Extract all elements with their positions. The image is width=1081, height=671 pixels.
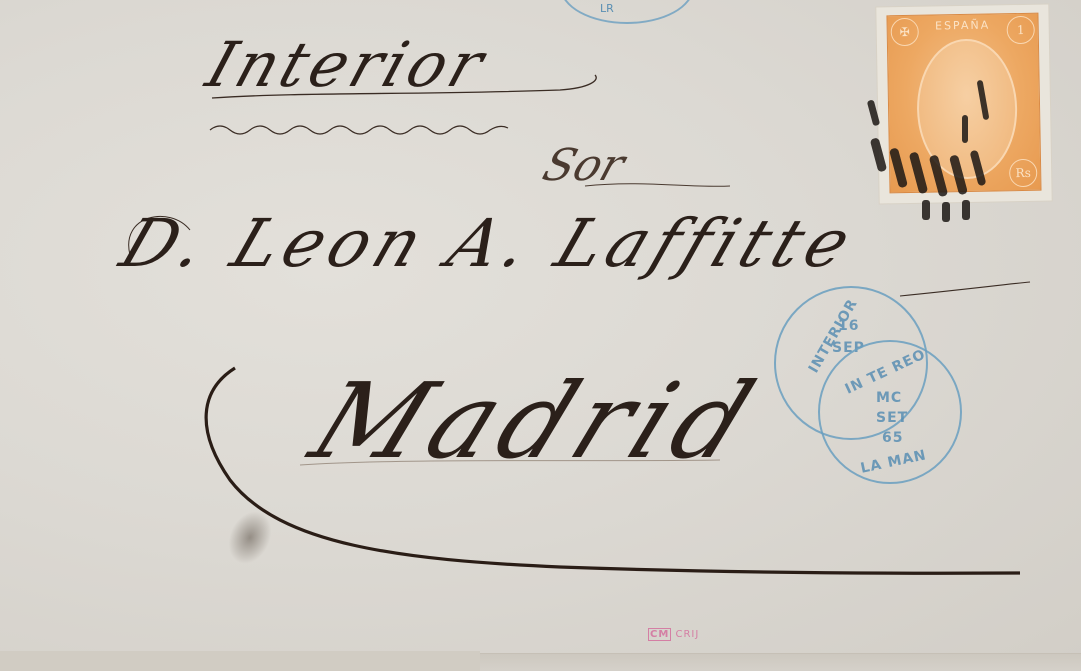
postmark-day: 16	[838, 318, 859, 334]
postmark-year: 65	[882, 430, 903, 446]
stamp-corner-emblem: ✠	[890, 18, 918, 46]
postmark-month: SET	[876, 410, 908, 426]
handwritten-addressee: D. Leon A. Laffitte	[111, 205, 867, 282]
handwritten-salutation: Sor	[537, 140, 631, 191]
collector-mark-text: CRIJ	[675, 629, 699, 640]
barred-cancellation	[862, 60, 1002, 230]
postmark-day: MC	[876, 390, 902, 406]
collector-mark-box: CM	[648, 628, 671, 641]
handwritten-interior: Interior	[198, 28, 496, 101]
postal-cover: LR Interior Sor D. Leon A. Laffitte Madr…	[0, 0, 1081, 671]
collector-mark: CM CRIJ	[648, 628, 699, 641]
stamp-corner-currency: Rs	[1009, 159, 1037, 187]
handwritten-city: Madrid	[295, 360, 777, 482]
postmark-lower-text: LA MAN	[859, 447, 928, 477]
stamp-corner-denomination: 1	[1006, 16, 1034, 44]
paper-fold-left	[0, 651, 480, 671]
postmark-departure: IN TE REO MC SET 65 LA MAN	[818, 340, 962, 484]
